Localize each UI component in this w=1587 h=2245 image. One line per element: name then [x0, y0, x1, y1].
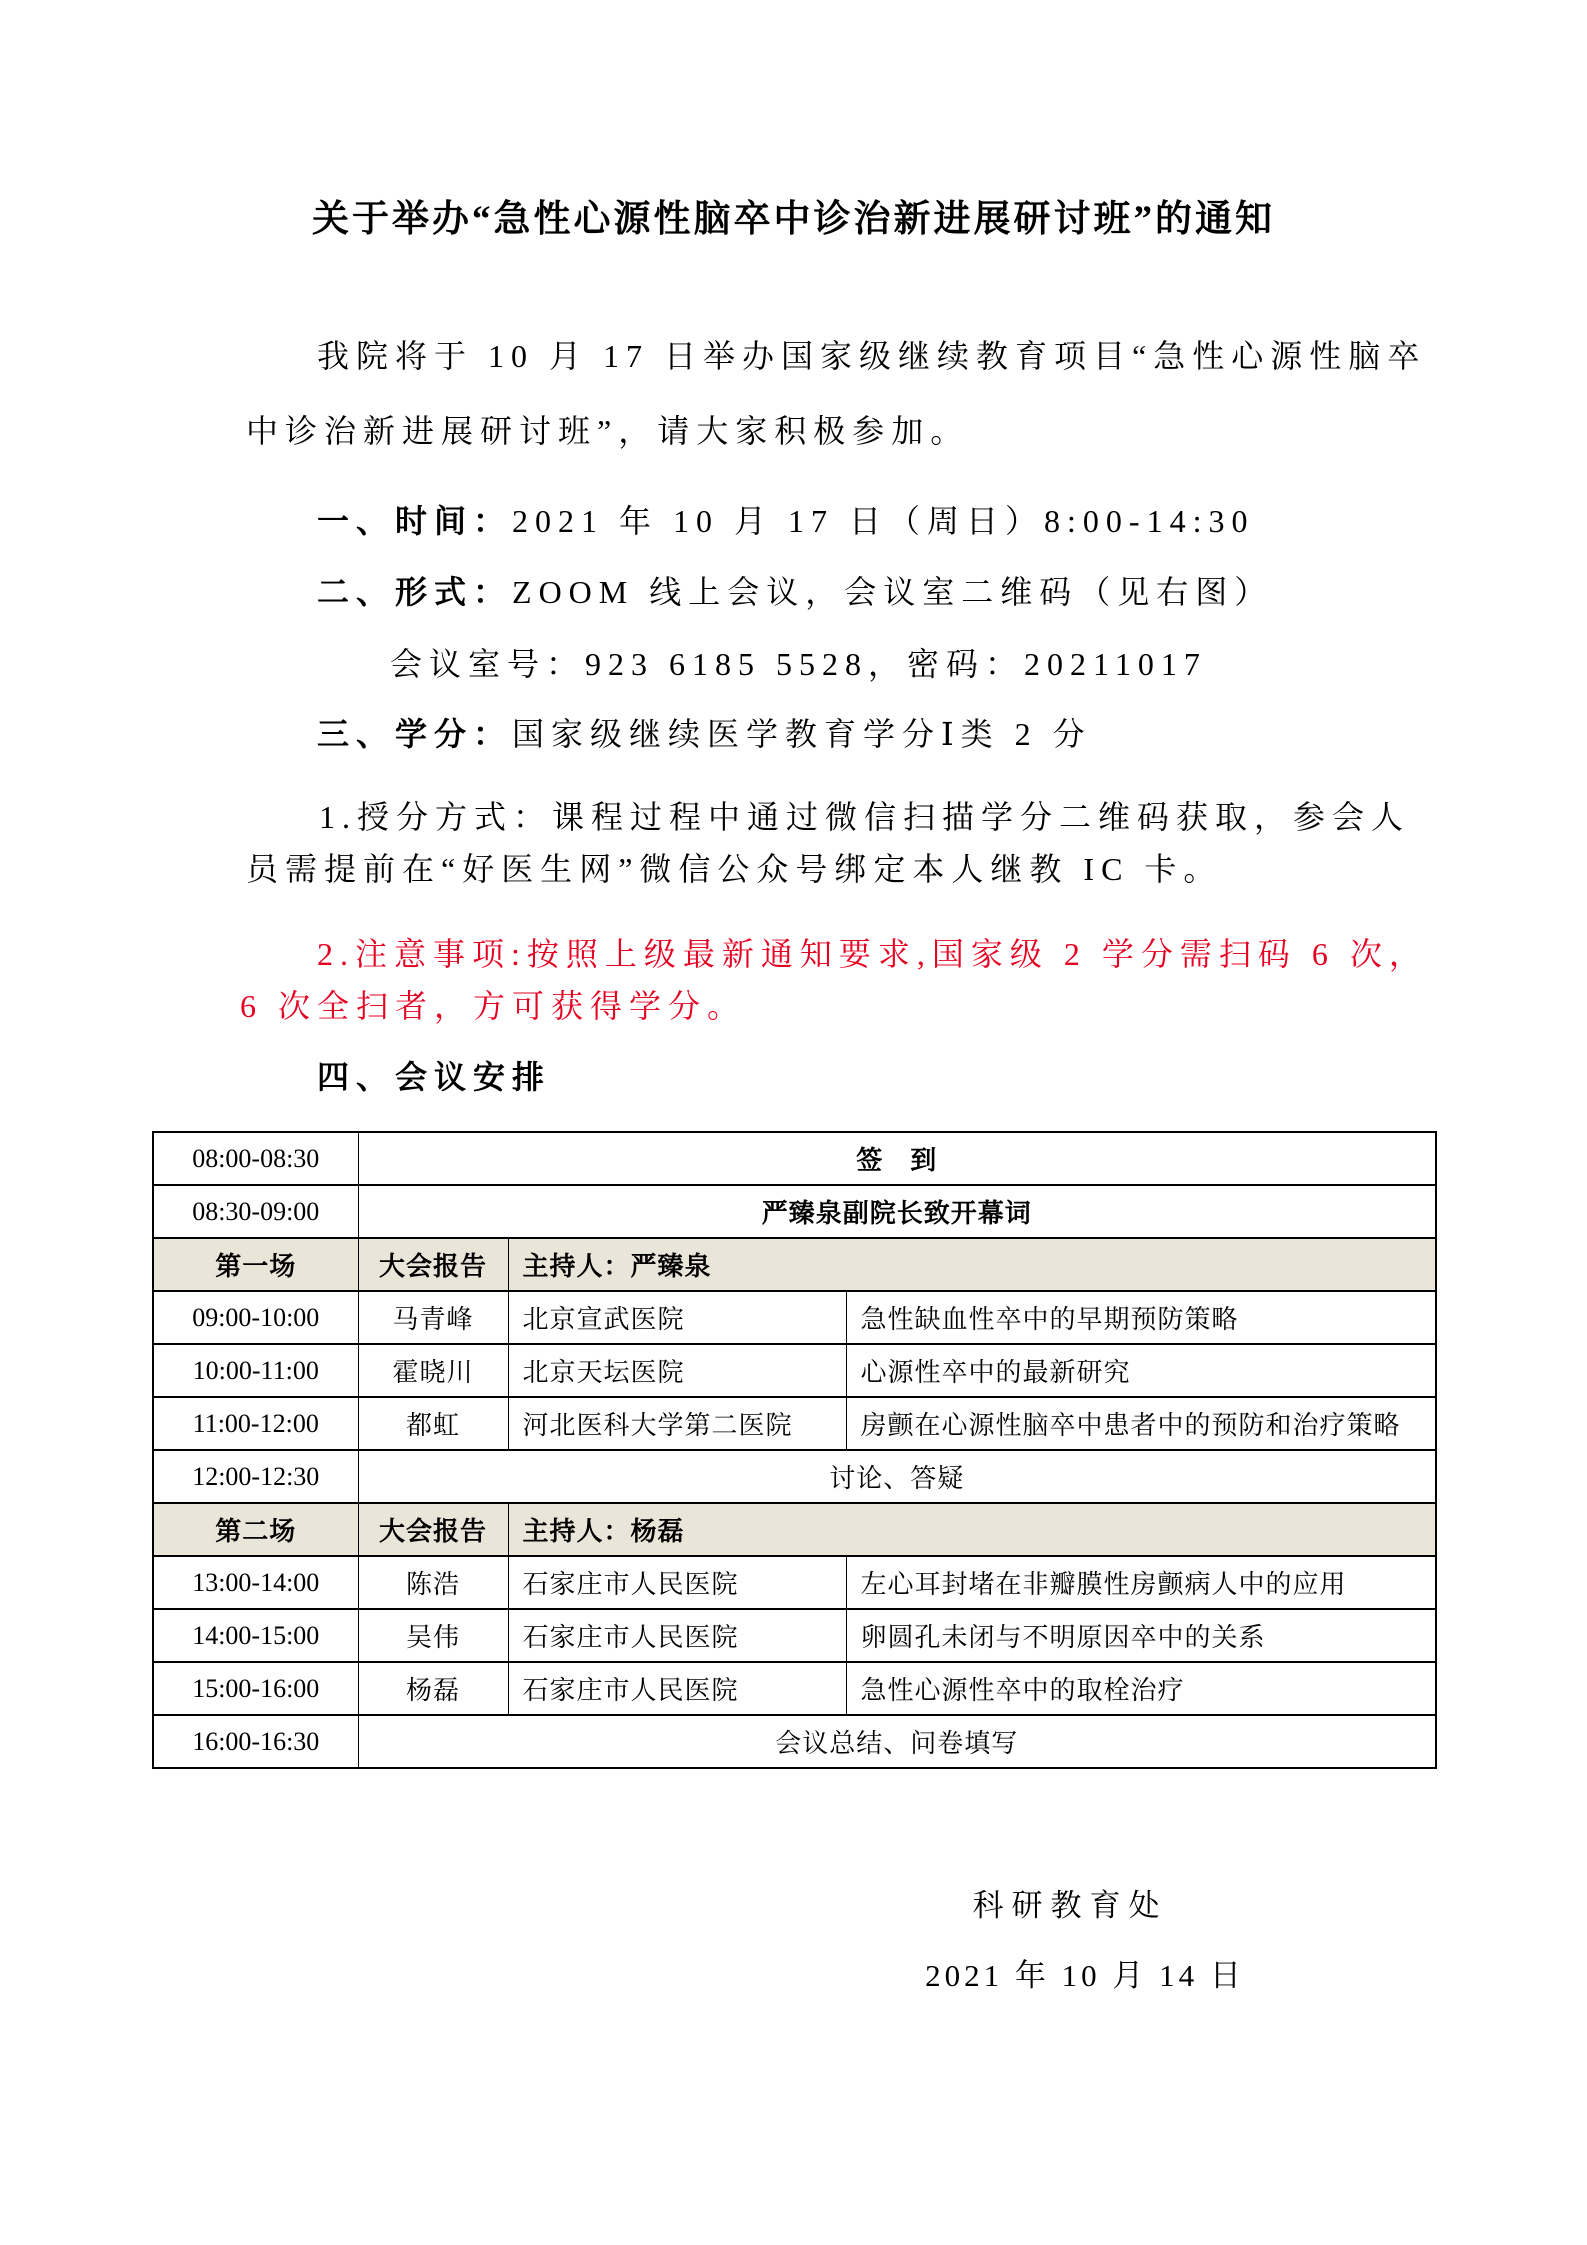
schedule-cell-time: 15:00-16:00: [153, 1662, 358, 1715]
schedule-cell-hospital: 北京天坛医院: [508, 1344, 846, 1397]
schedule-cell-hospital: 河北医科大学第二医院: [508, 1397, 846, 1450]
schedule-cell-session: 第一场: [153, 1238, 358, 1291]
signature-date: 2021 年 10 月 14 日: [890, 1950, 1280, 1995]
schedule-cell-topic: 左心耳封堵在非瓣膜性房颤病人中的应用: [846, 1556, 1436, 1609]
item-credit-value: 国家级继续医学教育学分Ⅰ类 2 分: [512, 716, 1092, 752]
award-method-line-2: 员需提前在“好医生网”微信公众号绑定本人继教 IC 卡。: [246, 849, 1222, 889]
schedule-cell-speaker: 霍晓川: [358, 1344, 508, 1397]
session-header-row: 第一场 大会报告 主持人：严臻泉: [153, 1238, 1436, 1291]
table-row: 09:00-10:00 马青峰 北京宣武医院 急性缺血性卒中的早期预防策略: [153, 1291, 1436, 1344]
table-row: 15:00-16:00 杨磊 石家庄市人民医院 急性心源性卒中的取栓治疗: [153, 1662, 1436, 1715]
item-format: 二、形式：ZOOM 线上会议，会议室二维码（见右图）: [317, 572, 1273, 612]
schedule-cell-time: 13:00-14:00: [153, 1556, 358, 1609]
schedule-cell-hospital: 石家庄市人民医院: [508, 1609, 846, 1662]
schedule-cell-merged: 讨论、答疑: [358, 1450, 1436, 1503]
agenda-heading: 四、会议安排: [317, 1057, 551, 1097]
schedule-cell-topic: 急性缺血性卒中的早期预防策略: [846, 1291, 1436, 1344]
table-row: 12:00-12:30 讨论、答疑: [153, 1450, 1436, 1503]
schedule-cell-topic: 房颤在心源性脑卒中患者中的预防和治疗策略: [846, 1397, 1436, 1450]
notice-red-line-1: 2.注意事项:按照上级最新通知要求,国家级 2 学分需扫码 6 次，: [317, 934, 1428, 974]
item-time-value: 2021 年 10 月 17 日（周日）8:00-14:30: [512, 503, 1254, 539]
intro-line-2: 中诊治新进展研讨班”，请大家积极参加。: [246, 411, 969, 451]
item-format-value: ZOOM 线上会议，会议室二维码（见右图）: [512, 574, 1273, 610]
schedule-cell-merged: 会议总结、问卷填写: [358, 1715, 1436, 1768]
schedule-cell-speaker: 吴伟: [358, 1609, 508, 1662]
schedule-cell-speaker: 杨磊: [358, 1662, 508, 1715]
table-row: 14:00-15:00 吴伟 石家庄市人民医院 卵圆孔未闭与不明原因卒中的关系: [153, 1609, 1436, 1662]
schedule-cell-topic: 卵圆孔未闭与不明原因卒中的关系: [846, 1609, 1436, 1662]
schedule-cell-speaker: 都虹: [358, 1397, 508, 1450]
award-method-line-1: 1.授分方式：课程过程中通过微信扫描学分二维码获取，参会人: [319, 797, 1410, 837]
notice-document-page: 关于举办“急性心源性脑卒中诊治新进展研讨班”的通知 我院将于 10 月 17 日…: [0, 0, 1587, 2245]
notice-red-line-2: 6 次全扫者，方可获得学分。: [240, 986, 746, 1026]
schedule-table: 08:00-08:30 签 到 08:30-09:00 严臻泉副院长致开幕词 第…: [152, 1131, 1437, 1769]
item-time: 一、时间：2021 年 10 月 17 日（周日）8:00-14:30: [317, 501, 1254, 541]
schedule-cell-time: 12:00-12:30: [153, 1450, 358, 1503]
schedule-cell-topic: 心源性卒中的最新研究: [846, 1344, 1436, 1397]
schedule-cell-time: 14:00-15:00: [153, 1609, 358, 1662]
schedule-cell-hospital: 北京宣武医院: [508, 1291, 846, 1344]
schedule-cell-type: 大会报告: [358, 1238, 508, 1291]
schedule-cell-type: 大会报告: [358, 1503, 508, 1556]
table-row: 13:00-14:00 陈浩 石家庄市人民医院 左心耳封堵在非瓣膜性房颤病人中的…: [153, 1556, 1436, 1609]
table-row: 08:00-08:30 签 到: [153, 1132, 1436, 1185]
table-row: 08:30-09:00 严臻泉副院长致开幕词: [153, 1185, 1436, 1238]
intro-line-1: 我院将于 10 月 17 日举办国家级继续教育项目“急性心源性脑卒: [317, 336, 1426, 376]
schedule-cell-time: 16:00-16:30: [153, 1715, 358, 1768]
item-time-label: 一、时间：: [317, 503, 512, 539]
item-credit: 三、学分：国家级继续医学教育学分Ⅰ类 2 分: [317, 714, 1092, 754]
schedule-cell-session: 第二场: [153, 1503, 358, 1556]
schedule-cell-speaker: 陈浩: [358, 1556, 508, 1609]
table-row: 11:00-12:00 都虹 河北医科大学第二医院 房颤在心源性脑卒中患者中的预…: [153, 1397, 1436, 1450]
schedule-cell-time: 11:00-12:00: [153, 1397, 358, 1450]
schedule-cell-hospital: 石家庄市人民医院: [508, 1556, 846, 1609]
schedule-cell-time: 09:00-10:00: [153, 1291, 358, 1344]
schedule-cell-hospital: 石家庄市人民医院: [508, 1662, 846, 1715]
item-credit-label: 三、学分：: [317, 716, 512, 752]
schedule-cell-time: 10:00-11:00: [153, 1344, 358, 1397]
table-row: 16:00-16:30 会议总结、问卷填写: [153, 1715, 1436, 1768]
schedule-cell-time: 08:00-08:30: [153, 1132, 358, 1185]
schedule-cell-host: 主持人：杨磊: [508, 1503, 1436, 1556]
item-format-label: 二、形式：: [317, 574, 512, 610]
signature-department: 科研教育处: [900, 1880, 1240, 1925]
schedule-cell-speaker: 马青峰: [358, 1291, 508, 1344]
schedule-cell-topic: 急性心源性卒中的取栓治疗: [846, 1662, 1436, 1715]
schedule-cell-time: 08:30-09:00: [153, 1185, 358, 1238]
schedule-cell-merged: 严臻泉副院长致开幕词: [358, 1185, 1436, 1238]
meeting-room-line: 会议室号：923 6185 5528，密码：20211017: [390, 644, 1207, 684]
schedule-cell-merged: 签 到: [358, 1132, 1436, 1185]
notice-title: 关于举办“急性心源性脑卒中诊治新进展研讨班”的通知: [0, 188, 1587, 242]
schedule-cell-host: 主持人：严臻泉: [508, 1238, 1436, 1291]
table-row: 10:00-11:00 霍晓川 北京天坛医院 心源性卒中的最新研究: [153, 1344, 1436, 1397]
session-header-row: 第二场 大会报告 主持人：杨磊: [153, 1503, 1436, 1556]
